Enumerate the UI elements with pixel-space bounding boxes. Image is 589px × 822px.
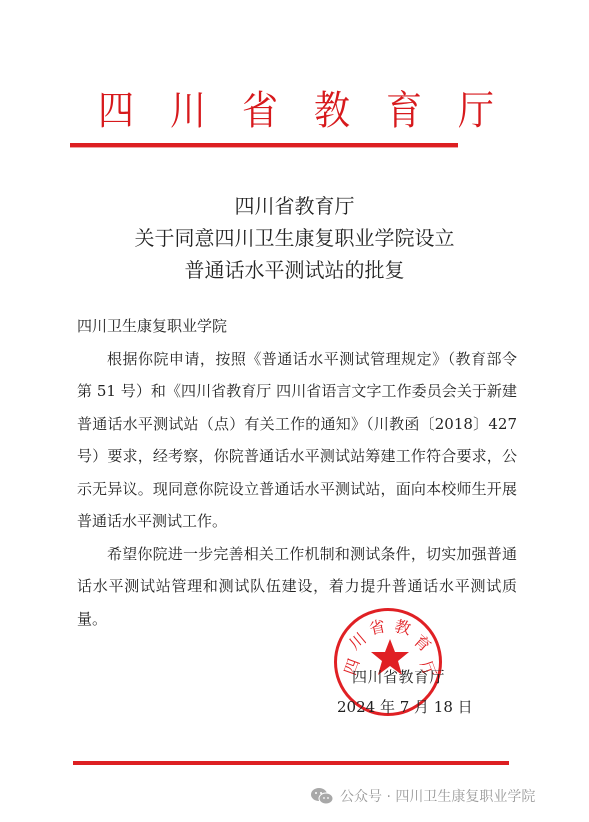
- seal-char: 川: [343, 627, 370, 655]
- body-paragraph-2: 希望你院进一步完善相关工作机制和测试条件，切实加强普通话水平测试站管理和测试队伍…: [77, 538, 517, 636]
- title-line-1: 四川省教育厅: [0, 190, 589, 222]
- issuer-char: 川: [170, 79, 206, 136]
- document-title: 四川省教育厅 关于同意四川卫生康复职业学院设立 普通话水平测试站的批复: [0, 190, 589, 286]
- watermark-text: 公众号 · 四川卫生康复职业学院: [340, 786, 535, 806]
- issuer-header: 四 川 省 教 育 厅: [96, 82, 496, 132]
- title-line-3: 普通话水平测试站的批复: [0, 254, 589, 286]
- seal-char: 教: [392, 613, 413, 639]
- wechat-icon: [310, 787, 334, 805]
- source-watermark: 公众号 · 四川卫生康复职业学院: [310, 786, 535, 806]
- issuer-char: 教: [314, 79, 350, 136]
- issuer-char: 省: [242, 79, 278, 136]
- issuer-char: 厅: [458, 79, 494, 136]
- addressee: 四川卫生康复职业学院: [77, 310, 517, 343]
- header-divider: [70, 143, 458, 147]
- issuer-char: 育: [386, 79, 422, 136]
- issue-date: 2024 年 7 月 18 日: [337, 696, 473, 717]
- issuer-char: 四: [98, 79, 134, 136]
- seal-char: 省: [367, 614, 387, 640]
- signer: 四川省教育厅: [352, 666, 445, 687]
- footer-divider: [73, 761, 509, 765]
- title-line-2: 关于同意四川卫生康复职业学院设立: [0, 222, 589, 254]
- body-paragraph-1: 根据你院申请，按照《普通话水平测试管理规定》（教育部令第 51 号）和《四川省教…: [77, 343, 517, 538]
- document-body: 四川卫生康复职业学院 根据你院申请，按照《普通话水平测试管理规定》（教育部令第 …: [77, 310, 517, 635]
- seal-char: 育: [409, 629, 436, 657]
